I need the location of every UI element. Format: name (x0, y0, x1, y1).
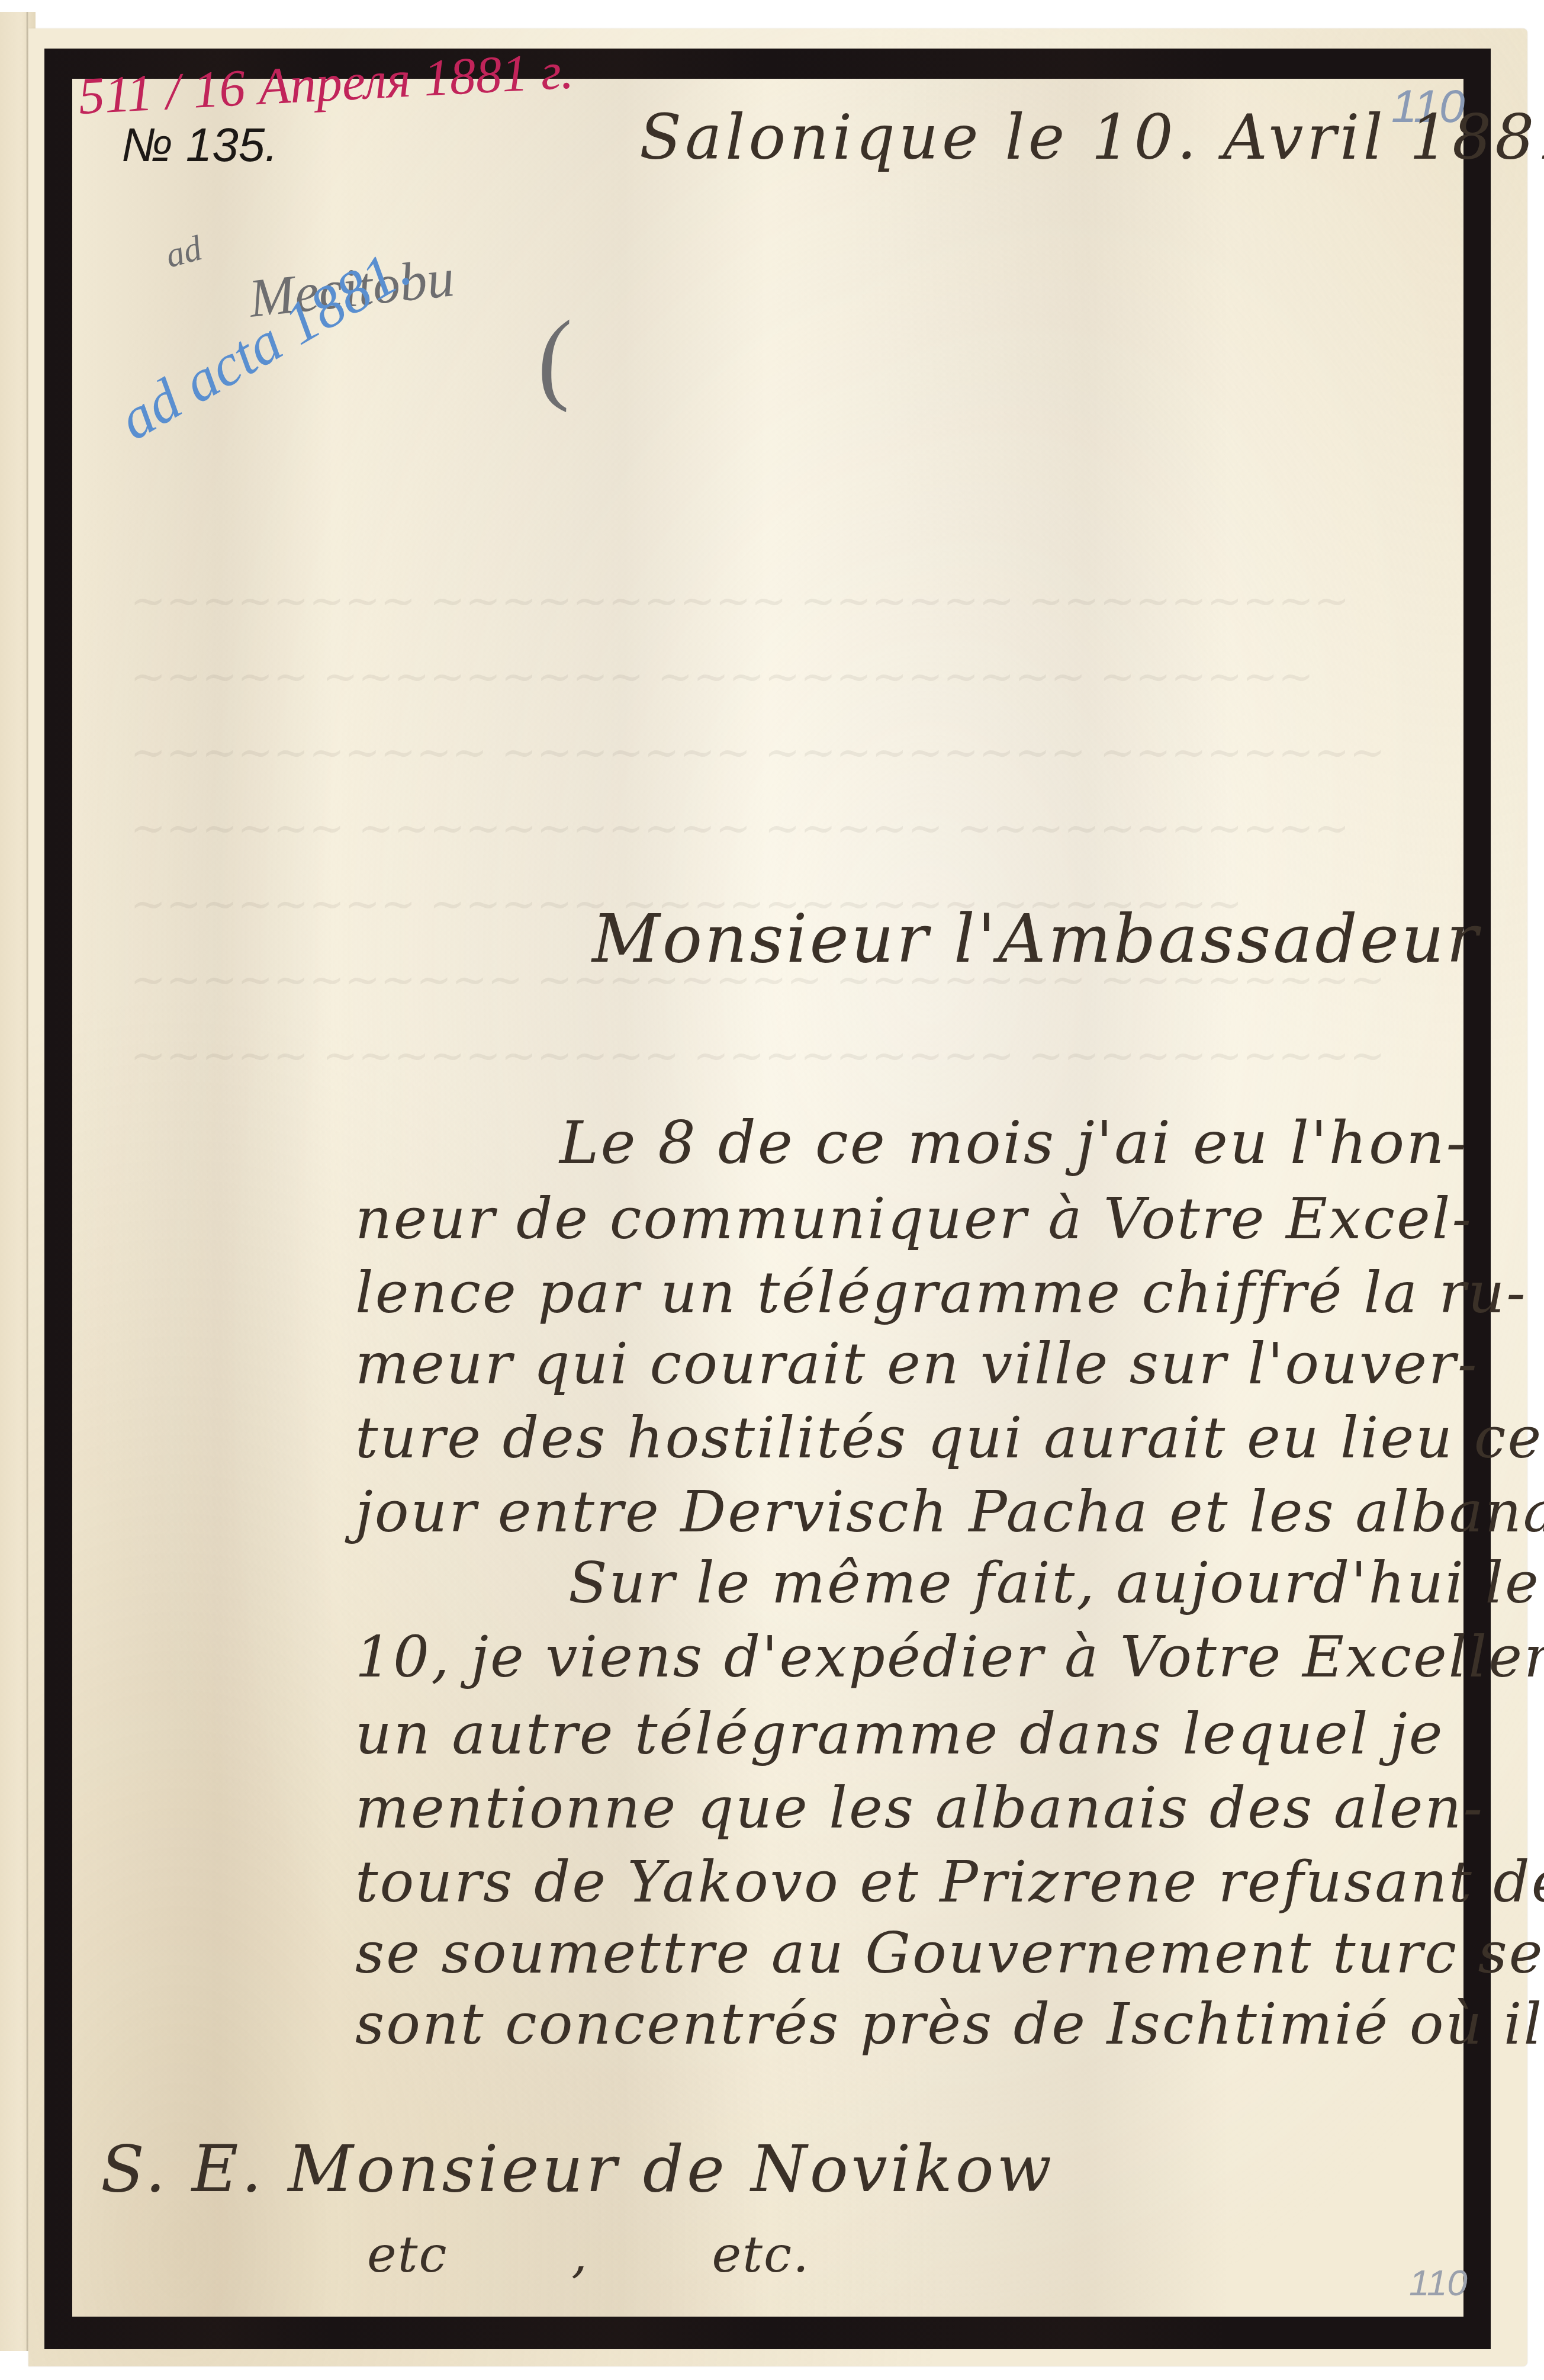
body-line: lence par un télégramme chiffré la ru- (355, 1264, 1527, 1321)
body-line: sont concentrés près de Ischtimié où ils (355, 1996, 1544, 2053)
body-line: Le 8 de ce mois j'ai eu l'hon- (559, 1113, 1468, 1173)
place-date-line: Salonique le 10. Avril 1881. (639, 107, 1544, 168)
body-line: neur de communiquer à Votre Excel- (355, 1190, 1473, 1247)
addressee-etc: etc , etc. (367, 2230, 810, 2279)
body-line: jour entre Dervisch Pacha et les albanai… (355, 1483, 1544, 1540)
salutation: Monsieur l'Ambassadeur (592, 906, 1481, 972)
body-line: un autre télégramme dans lequel je (355, 1705, 1445, 1762)
body-line: ture des hostilités qui aurait eu lieu c… (355, 1409, 1543, 1466)
body-line: tours de Yakovo et Prizrene refusant de (355, 1854, 1544, 1910)
body-line: se soumettre au Gouvernement turc se (355, 1925, 1544, 1981)
body-line: meur qui courait en ville sur l'ouver- (355, 1335, 1478, 1392)
addressee-name: S. E. Monsieur de Novikow (101, 2138, 1054, 2202)
body-line: Sur le même fait, aujourd'hui le (568, 1554, 1540, 1611)
body-line: 10, je viens d'expédier à Votre Excellen… (355, 1629, 1544, 1685)
verso-show-through: ~~~~~~~~ ~~~~~~~~~~ ~~~~~~ ~~~~~~~~~ ~~~… (130, 563, 1196, 1093)
dispatch-number: № 135. (121, 121, 278, 169)
folio-number-bottom: 110 (1409, 2265, 1468, 2302)
body-line: mentionne que les albanais des alen- (355, 1780, 1484, 1836)
